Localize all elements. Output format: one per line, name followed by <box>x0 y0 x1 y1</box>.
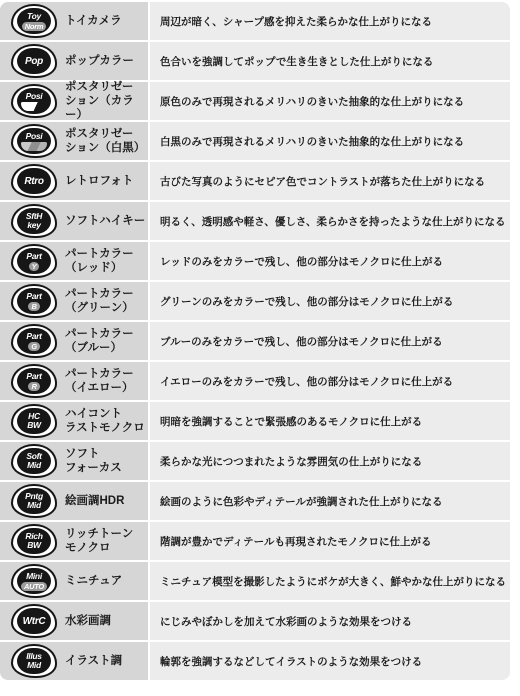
mode-name: 絵画調HDR <box>65 494 124 508</box>
soft-high-key-icon: SftHkey <box>11 204 57 238</box>
mode-name: パートカラー （イエロー） <box>65 367 134 395</box>
mode-name: イラスト調 <box>65 654 122 668</box>
mode-description: 原色のみで再現されるメリハリのきいた抽象的な仕上がりになる <box>160 94 464 109</box>
table-row: MiniAUTO ミニチュア ミニチュア模型を撮影したようにボケが大きく、鮮やか… <box>0 562 520 600</box>
mode-description: 明暗を強調することで緊張感のあるモノクロに仕上がる <box>160 414 422 429</box>
table-row: PartR パートカラー （イエロー） イエローのみをカラーで残し、他の部分はモ… <box>0 362 520 400</box>
mode-cell: WtrC 水彩画調 <box>0 602 148 640</box>
mode-description: 輪郭を強調するなどしてイラストのような効果をつける <box>160 654 422 669</box>
toy-camera-icon: ToyNorm <box>11 4 57 38</box>
pop-color-icon: Pop <box>11 44 57 78</box>
mode-name: ソフト フォーカス <box>65 447 122 475</box>
mode-description: 明るく、透明感や軽さ、優しさ、柔らかさを持ったような仕上がりになる <box>160 214 505 229</box>
retro-photo-icon: Rtro <box>11 164 57 198</box>
table-row: Pop ポップカラー 色合いを強調してポップで生き生きとした仕上がりになる <box>0 42 520 80</box>
table-row: Rtro レトロフォト 古びた写真のようにセピア色でコントラストが落ちた仕上がり… <box>0 162 520 200</box>
mode-name: トイカメラ <box>65 14 122 28</box>
table-row: Posi ポスタリゼー ション（白黒） 白黒のみで再現されるメリハリのきいた抽象… <box>0 122 520 160</box>
table-row: RichBW リッチトーン モノクロ 階調が豊かでディテールも再現されたモノクロ… <box>0 522 520 560</box>
mode-name: パートカラー （レッド） <box>65 247 134 275</box>
mode-cell: SoftMid ソフト フォーカス <box>0 442 148 480</box>
table-row: WtrC 水彩画調 にじみやぼかしを加えて水彩画のような効果をつける <box>0 602 520 640</box>
mode-cell: ToyNorm トイカメラ <box>0 2 148 40</box>
description-cell: ミニチュア模型を撮影したようにボケが大きく、鮮やかな仕上がりになる <box>150 562 510 600</box>
mode-cell: Rtro レトロフォト <box>0 162 148 200</box>
description-cell: 色合いを強調してポップで生き生きとした仕上がりになる <box>150 42 510 80</box>
mode-cell: PntgMid 絵画調HDR <box>0 482 148 520</box>
mode-cell: PartB パートカラー （グリーン） <box>0 282 148 320</box>
table-row: SoftMid ソフト フォーカス 柔らかな光につつまれたような雰囲気の仕上がり… <box>0 442 520 480</box>
picture-effect-table: ToyNorm トイカメラ 周辺が暗く、シャープ感を抑えた柔らかな仕上がりになる… <box>0 0 520 680</box>
description-cell: 輪郭を強調するなどしてイラストのような効果をつける <box>150 642 510 680</box>
description-cell: 明暗を強調することで緊張感のあるモノクロに仕上がる <box>150 402 510 440</box>
description-cell: レッドのみをカラーで残し、他の部分はモノクロに仕上がる <box>150 242 510 280</box>
description-cell: ブルーのみをカラーで残し、他の部分はモノクロに仕上がる <box>150 322 510 360</box>
rich-tone-mono-icon: RichBW <box>11 524 57 558</box>
mode-cell: PartR パートカラー （イエロー） <box>0 362 148 400</box>
description-cell: イエローのみをカラーで残し、他の部分はモノクロに仕上がる <box>150 362 510 400</box>
mode-name: ポスタリゼー ション（カラー） <box>65 80 148 122</box>
table-row: Posi ポスタリゼー ション（カラー） 原色のみで再現されるメリハリのきいた抽… <box>0 82 520 120</box>
mode-name: ハイコント ラストモノクロ <box>65 407 145 435</box>
mode-description: ミニチュア模型を撮影したようにボケが大きく、鮮やかな仕上がりになる <box>160 574 506 589</box>
mode-description: ブルーのみをカラーで残し、他の部分はモノクロに仕上がる <box>160 334 443 349</box>
table-row: ToyNorm トイカメラ 周辺が暗く、シャープ感を抑えた柔らかな仕上がりになる <box>0 2 520 40</box>
description-cell: 柔らかな光につつまれたような雰囲気の仕上がりになる <box>150 442 510 480</box>
miniature-icon: MiniAUTO <box>11 564 57 598</box>
description-cell: 階調が豊かでディテールも再現されたモノクロに仕上がる <box>150 522 510 560</box>
table-row: PntgMid 絵画調HDR 絵画のように色彩やディテールが強調された仕上がりに… <box>0 482 520 520</box>
partial-color-green-icon: PartB <box>11 284 57 318</box>
table-row: PartY パートカラー （レッド） レッドのみをカラーで残し、他の部分はモノク… <box>0 242 520 280</box>
description-cell: 周辺が暗く、シャープ感を抑えた柔らかな仕上がりになる <box>150 2 510 40</box>
mode-description: 柔らかな光につつまれたような雰囲気の仕上がりになる <box>160 454 422 469</box>
table-row: HCBW ハイコント ラストモノクロ 明暗を強調することで緊張感のあるモノクロに… <box>0 402 520 440</box>
mode-name: レトロフォト <box>65 174 133 188</box>
mode-description: 絵画のように色彩やディテールが強調された仕上がりになる <box>160 494 442 509</box>
mode-description: イエローのみをカラーで残し、他の部分はモノクロに仕上がる <box>160 374 453 389</box>
mode-description: にじみやぼかしを加えて水彩画のような効果をつける <box>160 614 412 629</box>
mode-description: 階調が豊かでディテールも再現されたモノクロに仕上がる <box>160 534 432 549</box>
watercolor-icon: WtrC <box>11 604 57 638</box>
mode-cell: Pop ポップカラー <box>0 42 148 80</box>
description-cell: グリーンのみをカラーで残し、他の部分はモノクロに仕上がる <box>150 282 510 320</box>
partial-color-red-icon: PartY <box>11 244 57 278</box>
mode-description: 周辺が暗く、シャープ感を抑えた柔らかな仕上がりになる <box>160 14 432 29</box>
high-contrast-mono-icon: HCBW <box>11 404 57 438</box>
description-cell: 古びた写真のようにセピア色でコントラストが落ちた仕上がりになる <box>150 162 510 200</box>
mode-cell: PartG パートカラー （ブルー） <box>0 322 148 360</box>
mode-name: ソフトハイキー <box>65 214 145 228</box>
description-cell: にじみやぼかしを加えて水彩画のような効果をつける <box>150 602 510 640</box>
description-cell: 絵画のように色彩やディテールが強調された仕上がりになる <box>150 482 510 520</box>
mode-cell: HCBW ハイコント ラストモノクロ <box>0 402 148 440</box>
mode-name: リッチトーン モノクロ <box>65 527 133 555</box>
mode-description: レッドのみをカラーで残し、他の部分はモノクロに仕上がる <box>160 254 443 269</box>
mode-name: ポップカラー <box>65 54 134 68</box>
mode-cell: Posi ポスタリゼー ション（カラー） <box>0 82 148 120</box>
mode-description: 白黒のみで再現されるメリハリのきいた抽象的な仕上がりになる <box>160 134 464 149</box>
description-cell: 明るく、透明感や軽さ、優しさ、柔らかさを持ったような仕上がりになる <box>150 202 510 240</box>
mode-name: ミニチュア <box>65 574 122 588</box>
mode-name: パートカラー （グリーン） <box>65 287 134 315</box>
posterization-color-icon: Posi <box>11 84 57 118</box>
mode-description: 色合いを強調してポップで生き生きとした仕上がりになる <box>160 54 433 69</box>
description-cell: 白黒のみで再現されるメリハリのきいた抽象的な仕上がりになる <box>150 122 510 160</box>
table-row: IllusMid イラスト調 輪郭を強調するなどしてイラストのような効果をつける <box>0 642 520 680</box>
table-row: PartG パートカラー （ブルー） ブルーのみをカラーで残し、他の部分はモノク… <box>0 322 520 360</box>
mode-description: 古びた写真のようにセピア色でコントラストが落ちた仕上がりになる <box>160 174 485 189</box>
mode-name: パートカラー （ブルー） <box>65 327 134 355</box>
table-row: PartB パートカラー （グリーン） グリーンのみをカラーで残し、他の部分はモ… <box>0 282 520 320</box>
mode-description: グリーンのみをカラーで残し、他の部分はモノクロに仕上がる <box>160 294 453 309</box>
table-row: SftHkey ソフトハイキー 明るく、透明感や軽さ、優しさ、柔らかさを持ったよ… <box>0 202 520 240</box>
mode-cell: SftHkey ソフトハイキー <box>0 202 148 240</box>
mode-cell: IllusMid イラスト調 <box>0 642 148 680</box>
mode-cell: RichBW リッチトーン モノクロ <box>0 522 148 560</box>
hdr-painting-icon: PntgMid <box>11 484 57 518</box>
soft-focus-icon: SoftMid <box>11 444 57 478</box>
mode-cell: MiniAUTO ミニチュア <box>0 562 148 600</box>
partial-color-yellow-icon: PartR <box>11 364 57 398</box>
partial-color-blue-icon: PartG <box>11 324 57 358</box>
mode-name: 水彩画調 <box>65 614 111 628</box>
mode-name: ポスタリゼー ション（白黒） <box>65 127 145 155</box>
mode-cell: PartY パートカラー （レッド） <box>0 242 148 280</box>
description-cell: 原色のみで再現されるメリハリのきいた抽象的な仕上がりになる <box>150 82 510 120</box>
mode-cell: Posi ポスタリゼー ション（白黒） <box>0 122 148 160</box>
posterization-bw-icon: Posi <box>11 124 57 158</box>
illustration-icon: IllusMid <box>11 644 57 678</box>
